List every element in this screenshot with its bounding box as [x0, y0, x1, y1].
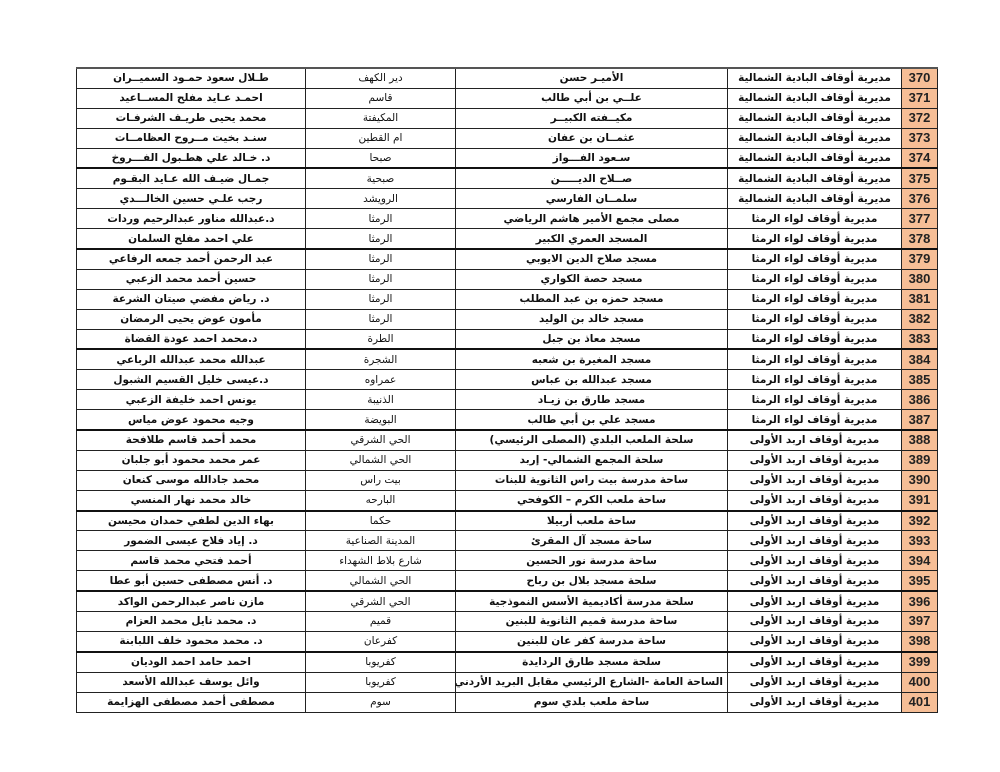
prayer-site-cell: سلحة مسجد بلال بن رباح [456, 571, 728, 591]
row-number-cell: 378 [902, 229, 938, 249]
directorate-cell: مديرية أوقاف البادية الشمالية [728, 108, 902, 128]
directorate-cell: مديرية أوقاف لواء الرمثا [728, 370, 902, 390]
directorate-cell: مديرية أوقاف اربد الأولى [728, 551, 902, 571]
table-row: 399 مديرية أوقاف اربد الأولى سلحة مسجد ط… [77, 652, 938, 672]
table-row: 373 مديرية أوقاف البادية الشمالية عثمــا… [77, 128, 938, 148]
khateeb-name-cell: عبدالله محمد عبدالله الرباعي [77, 349, 306, 369]
khateeb-name-cell: د. رياض مفضي صيتان الشرعة [77, 289, 306, 309]
row-number-cell: 384 [902, 349, 938, 369]
area-cell: ام القطين [306, 128, 456, 148]
area-cell: الرمثا [306, 229, 456, 249]
directorate-cell: مديرية أوقاف اربد الأولى [728, 631, 902, 651]
area-cell: الحي الشرقي [306, 591, 456, 611]
area-cell: دير الكهف [306, 68, 456, 88]
khateeb-name-cell: محمد أحمد قاسم طلافحة [77, 430, 306, 450]
row-number-cell: 379 [902, 249, 938, 269]
directorate-cell: مديرية أوقاف اربد الأولى [728, 571, 902, 591]
khateeb-name-cell: د. إياد فلاح عيسى الضمور [77, 531, 306, 551]
table-row: 384 مديرية أوقاف لواء الرمثا مسجد المغير… [77, 349, 938, 369]
prayer-site-cell: مسجد طارق بن زيـاد [456, 390, 728, 410]
area-cell: بيت راس [306, 470, 456, 490]
prayer-site-cell: ساحة ملعب الكرم – الكوفحي [456, 490, 728, 510]
directorate-cell: مديرية أوقاف البادية الشمالية [728, 189, 902, 209]
directorate-cell: مديرية أوقاف البادية الشمالية [728, 68, 902, 88]
khateeb-name-cell: د.عبدالله مناور عبدالرحيم وردات [77, 209, 306, 229]
prayer-site-cell: ساحة مدرسة قميم الثانوية للبنين [456, 612, 728, 632]
khateeb-name-cell: طـلال سعود حمـود السميــران [77, 68, 306, 88]
khateeb-name-cell: جمـال ضيـف الله عـايد البقـوم [77, 168, 306, 188]
khateeb-name-cell: مصطفى أحمد مصطفى الهزايمة [77, 692, 306, 712]
khateeb-name-cell: يونس احمد خليفة الزعبي [77, 390, 306, 410]
directorate-cell: مديرية أوقاف لواء الرمثا [728, 329, 902, 349]
table-row: 395 مديرية أوقاف اربد الأولى سلحة مسجد ب… [77, 571, 938, 591]
row-number-cell: 381 [902, 289, 938, 309]
prayer-site-cell: مسجد خالد بن الوليد [456, 309, 728, 329]
row-number-cell: 370 [902, 68, 938, 88]
row-number-cell: 400 [902, 672, 938, 692]
directorate-cell: مديرية أوقاف اربد الأولى [728, 672, 902, 692]
directorate-cell: مديرية أوقاف لواء الرمثا [728, 390, 902, 410]
row-number-cell: 377 [902, 209, 938, 229]
prayer-site-cell: مصلى مجمع الأمير هاشم الرياضي [456, 209, 728, 229]
khateeb-name-cell: بهاء الدين لطفي حمدان محيسن [77, 511, 306, 531]
prayer-site-cell: عثمــان بن عفان [456, 128, 728, 148]
row-number-cell: 376 [902, 189, 938, 209]
directorate-cell: مديرية أوقاف اربد الأولى [728, 591, 902, 611]
area-cell: الرويشد [306, 189, 456, 209]
table-row: 370 مديرية أوقاف البادية الشمالية الأميـ… [77, 68, 938, 88]
area-cell: الرمثا [306, 209, 456, 229]
area-cell: الرمثا [306, 309, 456, 329]
directorate-cell: مديرية أوقاف لواء الرمثا [728, 410, 902, 430]
table-row: 377 مديرية أوقاف لواء الرمثا مصلى مجمع ا… [77, 209, 938, 229]
prayer-site-cell: مكيــفته الكبيــر [456, 108, 728, 128]
prayer-site-cell: صــلاح الديـــــن [456, 168, 728, 188]
prayer-site-cell: مسجد معاذ بن جبل [456, 329, 728, 349]
prayer-site-cell: ساحة مدرسة كفر عان للبنين [456, 631, 728, 651]
prayer-sites-table: 370 مديرية أوقاف البادية الشمالية الأميـ… [76, 67, 938, 713]
table-body: 370 مديرية أوقاف البادية الشمالية الأميـ… [77, 68, 938, 712]
khateeb-name-cell: د. محمد نايل محمد العزام [77, 612, 306, 632]
row-number-cell: 372 [902, 108, 938, 128]
khateeb-name-cell: رجب علـي حسين الخالـــدي [77, 189, 306, 209]
row-number-cell: 394 [902, 551, 938, 571]
prayer-site-cell: سلحة مدرسة أكاديمية الأسس النموذجية [456, 591, 728, 611]
prayer-site-cell: سلمــان الفارسي [456, 189, 728, 209]
khateeb-name-cell: د.محمد احمد عودة القضاة [77, 329, 306, 349]
khateeb-name-cell: وجيه محمود عوض مياس [77, 410, 306, 430]
directorate-cell: مديرية أوقاف البادية الشمالية [728, 128, 902, 148]
table-row: 389 مديرية أوقاف اربد الأولى سلحة المجمع… [77, 450, 938, 470]
table-row: 371 مديرية أوقاف البادية الشمالية علــي … [77, 88, 938, 108]
table-row: 376 مديرية أوقاف البادية الشمالية سلمــا… [77, 189, 938, 209]
row-number-cell: 371 [902, 88, 938, 108]
table-row: 394 مديرية أوقاف اربد الأولى ساحة مدرسة … [77, 551, 938, 571]
prayer-site-cell: ساحة ملعب بلدي سوم [456, 692, 728, 712]
directorate-cell: مديرية أوقاف لواء الرمثا [728, 269, 902, 289]
table-row: 383 مديرية أوقاف لواء الرمثا مسجد معاذ ب… [77, 329, 938, 349]
table-row: 390 مديرية أوقاف اربد الأولى ساحة مدرسة … [77, 470, 938, 490]
area-cell: الذنيبة [306, 390, 456, 410]
directorate-cell: مديرية أوقاف اربد الأولى [728, 692, 902, 712]
row-number-cell: 375 [902, 168, 938, 188]
area-cell: حكما [306, 511, 456, 531]
area-cell: البارحه [306, 490, 456, 510]
prayer-site-cell: مسجد المغيرة بن شعبه [456, 349, 728, 369]
prayer-site-cell: مسجد علي بن أبي طالب [456, 410, 728, 430]
row-number-cell: 397 [902, 612, 938, 632]
table-row: 388 مديرية أوقاف اربد الأولى سلحة الملعب… [77, 430, 938, 450]
area-cell: قاسم [306, 88, 456, 108]
prayer-site-cell: سلحة مسجد طارق الردايدة [456, 652, 728, 672]
table-row: 380 مديرية أوقاف لواء الرمثا مسجد حصة ال… [77, 269, 938, 289]
khateeb-name-cell: علي احمد مفلح السلمان [77, 229, 306, 249]
khateeb-name-cell: حسين أحمد محمد الزعبي [77, 269, 306, 289]
area-cell: كفرعان [306, 631, 456, 651]
khateeb-name-cell: خالد محمد نهار المنسي [77, 490, 306, 510]
table-row: 392 مديرية أوقاف اربد الأولى ساحة ملعب أ… [77, 511, 938, 531]
khateeb-name-cell: محمد يحيى طريـف الشرفـات [77, 108, 306, 128]
area-cell: البويضة [306, 410, 456, 430]
prayer-site-cell: ساحة مسجد آل المقرئ [456, 531, 728, 551]
prayer-site-cell: مسجد حمزه بن عبد المطلب [456, 289, 728, 309]
directorate-cell: مديرية أوقاف البادية الشمالية [728, 88, 902, 108]
table-row: 381 مديرية أوقاف لواء الرمثا مسجد حمزه ب… [77, 289, 938, 309]
area-cell: عمراوه [306, 370, 456, 390]
table-row: 400 مديرية أوقاف اربد الأولى الساحة العا… [77, 672, 938, 692]
prayer-site-cell: الساحة العامة -الشارع الرئيسي مقابل البر… [456, 672, 728, 692]
khateeb-name-cell: احمد حامد احمد الوديان [77, 652, 306, 672]
area-cell: الحي الشمالي [306, 571, 456, 591]
directorate-cell: مديرية أوقاف اربد الأولى [728, 652, 902, 672]
row-number-cell: 380 [902, 269, 938, 289]
table-row: 382 مديرية أوقاف لواء الرمثا مسجد خالد ب… [77, 309, 938, 329]
directorate-cell: مديرية أوقاف اربد الأولى [728, 511, 902, 531]
prayer-site-cell: ساحة مدرسة بيت راس الثانوية للبنات [456, 470, 728, 490]
directorate-cell: مديرية أوقاف اربد الأولى [728, 450, 902, 470]
area-cell: سوم [306, 692, 456, 712]
khateeb-name-cell: مازن ناصر عبدالرحمن الواكد [77, 591, 306, 611]
table-row: 372 مديرية أوقاف البادية الشمالية مكيــف… [77, 108, 938, 128]
row-number-cell: 386 [902, 390, 938, 410]
row-number-cell: 389 [902, 450, 938, 470]
khateeb-name-cell: د.عيسى خليل القسيم الشبول [77, 370, 306, 390]
row-number-cell: 395 [902, 571, 938, 591]
prayer-site-cell: ساحة ملعب أربيلا [456, 511, 728, 531]
directorate-cell: مديرية أوقاف لواء الرمثا [728, 229, 902, 249]
area-cell: الحي الشرقي [306, 430, 456, 450]
khateeb-name-cell: أحمد فتحي محمد قاسم [77, 551, 306, 571]
area-cell: الرمثا [306, 269, 456, 289]
table-row: 393 مديرية أوقاف اربد الأولى ساحة مسجد آ… [77, 531, 938, 551]
area-cell: الطرة [306, 329, 456, 349]
table-row: 396 مديرية أوقاف اربد الأولى سلحة مدرسة … [77, 591, 938, 611]
area-cell: شارع بلاط الشهداء [306, 551, 456, 571]
area-cell: المكيفتة [306, 108, 456, 128]
row-number-cell: 373 [902, 128, 938, 148]
prayer-site-cell: سلحة المجمع الشمالي- إربد [456, 450, 728, 470]
row-number-cell: 391 [902, 490, 938, 510]
khateeb-name-cell: احمـد عـايد مفلح المســاعيد [77, 88, 306, 108]
row-number-cell: 388 [902, 430, 938, 450]
row-number-cell: 382 [902, 309, 938, 329]
prayer-site-cell: مسجد صلاح الدين الايوبي [456, 249, 728, 269]
table-row: 386 مديرية أوقاف لواء الرمثا مسجد طارق ب… [77, 390, 938, 410]
prayer-site-cell: ساحة مدرسة نور الحسين [456, 551, 728, 571]
directorate-cell: مديرية أوقاف البادية الشمالية [728, 148, 902, 168]
directorate-cell: مديرية أوقاف اربد الأولى [728, 470, 902, 490]
area-cell: كفريوبا [306, 672, 456, 692]
table-row: 379 مديرية أوقاف لواء الرمثا مسجد صلاح ا… [77, 249, 938, 269]
table-row: 401 مديرية أوقاف اربد الأولى ساحة ملعب ب… [77, 692, 938, 712]
prayer-site-cell: سلحة الملعب البلدي (المصلى الرئيسي) [456, 430, 728, 450]
khateeb-name-cell: سنـد بخيت مــروح العظامــات [77, 128, 306, 148]
row-number-cell: 374 [902, 148, 938, 168]
table-row: 385 مديرية أوقاف لواء الرمثا مسجد عبدالل… [77, 370, 938, 390]
prayer-site-cell: الأميـر حسن [456, 68, 728, 88]
table-row: 391 مديرية أوقاف اربد الأولى ساحة ملعب ا… [77, 490, 938, 510]
area-cell: قميم [306, 612, 456, 632]
directorate-cell: مديرية أوقاف لواء الرمثا [728, 349, 902, 369]
row-number-cell: 383 [902, 329, 938, 349]
table-row: 397 مديرية أوقاف اربد الأولى ساحة مدرسة … [77, 612, 938, 632]
area-cell: صبحية [306, 168, 456, 188]
prayer-site-cell: مسجد عبدالله بن عباس [456, 370, 728, 390]
directorate-cell: مديرية أوقاف اربد الأولى [728, 430, 902, 450]
table-row: 374 مديرية أوقاف البادية الشمالية سـعود … [77, 148, 938, 168]
area-cell: المدينة الصناعية [306, 531, 456, 551]
prayer-site-cell: سـعود الفـــواز [456, 148, 728, 168]
khateeb-name-cell: عبد الرحمن أحمد جمعه الرفاعي [77, 249, 306, 269]
row-number-cell: 399 [902, 652, 938, 672]
directorate-cell: مديرية أوقاف البادية الشمالية [728, 168, 902, 188]
khateeb-name-cell: د. محمد محمود خلف اللبابنة [77, 631, 306, 651]
directorate-cell: مديرية أوقاف اربد الأولى [728, 490, 902, 510]
directorate-cell: مديرية أوقاف لواء الرمثا [728, 309, 902, 329]
directorate-cell: مديرية أوقاف اربد الأولى [728, 612, 902, 632]
directorate-cell: مديرية أوقاف لواء الرمثا [728, 289, 902, 309]
row-number-cell: 387 [902, 410, 938, 430]
directorate-cell: مديرية أوقاف لواء الرمثا [728, 209, 902, 229]
row-number-cell: 385 [902, 370, 938, 390]
area-cell: الرمثا [306, 289, 456, 309]
area-cell: الرمثا [306, 249, 456, 269]
khateeb-name-cell: د. خـالد علي هطـبول الفـــروخ [77, 148, 306, 168]
table-row: 387 مديرية أوقاف لواء الرمثا مسجد علي بن… [77, 410, 938, 430]
area-cell: الحي الشمالي [306, 450, 456, 470]
directorate-cell: مديرية أوقاف لواء الرمثا [728, 249, 902, 269]
row-number-cell: 393 [902, 531, 938, 551]
prayer-site-cell: مسجد حصة الكواري [456, 269, 728, 289]
table-row: 378 مديرية أوقاف لواء الرمثا المسجد العم… [77, 229, 938, 249]
area-cell: الشجرة [306, 349, 456, 369]
row-number-cell: 390 [902, 470, 938, 490]
khateeb-name-cell: د. أنس مصطفى حسين أبو عطا [77, 571, 306, 591]
row-number-cell: 401 [902, 692, 938, 712]
directorate-cell: مديرية أوقاف اربد الأولى [728, 531, 902, 551]
row-number-cell: 398 [902, 631, 938, 651]
khateeb-name-cell: مأمون عوض يحيى الرمضان [77, 309, 306, 329]
area-cell: صبحا [306, 148, 456, 168]
khateeb-name-cell: محمد جادالله موسى كنعان [77, 470, 306, 490]
khateeb-name-cell: عمر محمد محمود أبو جلبان [77, 450, 306, 470]
table-row: 398 مديرية أوقاف اربد الأولى ساحة مدرسة … [77, 631, 938, 651]
area-cell: كفريوبا [306, 652, 456, 672]
khateeb-name-cell: وائل يوسف عبدالله الأسعد [77, 672, 306, 692]
row-number-cell: 396 [902, 591, 938, 611]
prayer-site-cell: المسجد العمري الكبير [456, 229, 728, 249]
eid-prayer-sites-table-page: 370 مديرية أوقاف البادية الشمالية الأميـ… [76, 67, 937, 713]
row-number-cell: 392 [902, 511, 938, 531]
prayer-site-cell: علــي بن أبي طالب [456, 88, 728, 108]
table-row: 375 مديرية أوقاف البادية الشمالية صــلاح… [77, 168, 938, 188]
